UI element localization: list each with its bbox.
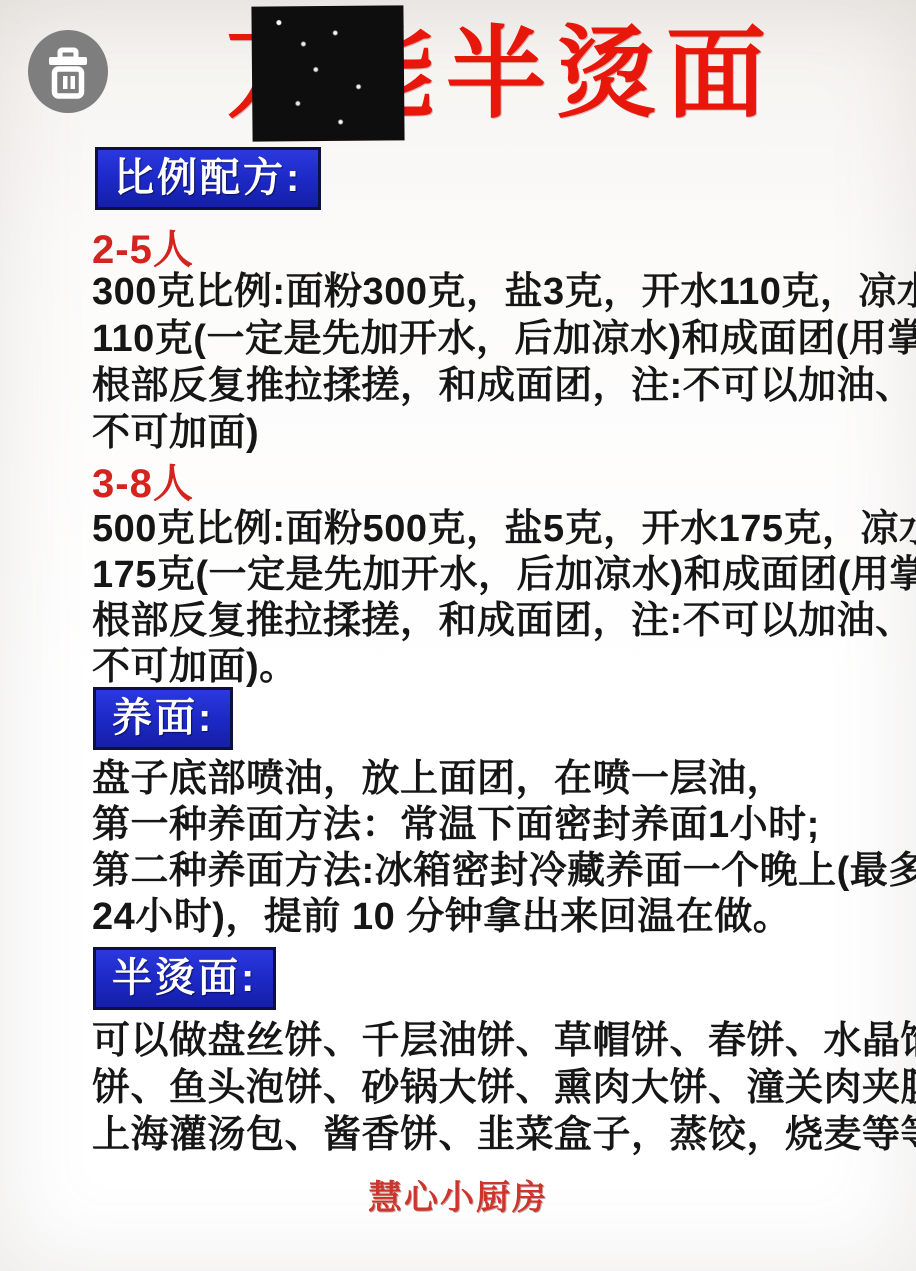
recipe-line: 可以做盘丝饼、千层油饼、草帽饼、春饼、水晶馅: [92, 1018, 916, 1065]
paragraph-rest-dough: 盘子底部喷油，放上面团，在喷一层油， 第一种养面方法：常温下面密封养面1小时; …: [92, 756, 916, 940]
recipe-line: 不可加面)。: [92, 644, 916, 690]
recipe-line: 175克(一定是先加开水，后加凉水)和成面团(用掌: [92, 552, 916, 598]
section-header-half-scalded: 半烫面:: [93, 947, 276, 1010]
trash-icon: [28, 30, 108, 113]
recipe-line: 根部反复推拉揉搓，和成面团，注:不可以加油、: [92, 598, 916, 644]
title-visible-text: 半烫面: [446, 18, 776, 130]
recipe-line: 不可加面): [92, 410, 916, 457]
section-header-ratio: 比例配方:: [95, 147, 321, 210]
subheading-3-8-servings: 3-8人: [92, 452, 194, 509]
recipe-line: 第二种养面方法:冰箱密封冷藏养面一个晚上(最多: [92, 848, 916, 894]
recipe-line: 盘子底部喷油，放上面团，在喷一层油，: [92, 756, 916, 802]
recipe-page: 万能半烫面 比例配方: 2-5人 300克比例:面粉300克，盐3克，开水110…: [0, 0, 916, 1271]
recipe-line: 第一种养面方法：常温下面密封养面1小时;: [92, 802, 916, 848]
section-header-rest-dough: 养面:: [93, 687, 233, 750]
redaction-box: [251, 5, 404, 141]
delete-button[interactable]: [28, 30, 108, 113]
recipe-line: 上海灌汤包、酱香饼、韭菜盒子，蒸饺，烧麦等等: [92, 1112, 916, 1159]
paragraph-uses: 可以做盘丝饼、千层油饼、草帽饼、春饼、水晶馅 饼、鱼头泡饼、砂锅大饼、熏肉大饼、…: [92, 1018, 916, 1159]
recipe-line: 300克比例:面粉300克，盐3克，开水110克，凉水: [92, 269, 916, 316]
recipe-line: 饼、鱼头泡饼、砂锅大饼、熏肉大饼、潼关肉夹膜、: [92, 1065, 916, 1112]
paragraph-500g-recipe: 500克比例:面粉500克，盐5克，开水175克，凉水 175克(一定是先加开水…: [92, 506, 916, 690]
recipe-line: 根部反复推拉揉搓，和成面团，注:不可以加油、: [92, 363, 916, 410]
recipe-line: 110克(一定是先加开水，后加凉水)和成面团(用掌: [92, 316, 916, 363]
subheading-2-5-servings: 2-5人: [92, 218, 194, 275]
paragraph-300g-recipe: 300克比例:面粉300克，盐3克，开水110克，凉水 110克(一定是先加开水…: [92, 269, 916, 457]
recipe-line: 24小时)，提前 10 分钟拿出来回温在做。: [92, 894, 916, 940]
watermark: 慧心小厨房: [0, 1170, 916, 1219]
recipe-line: 500克比例:面粉500克，盐5克，开水175克，凉水: [92, 506, 916, 552]
